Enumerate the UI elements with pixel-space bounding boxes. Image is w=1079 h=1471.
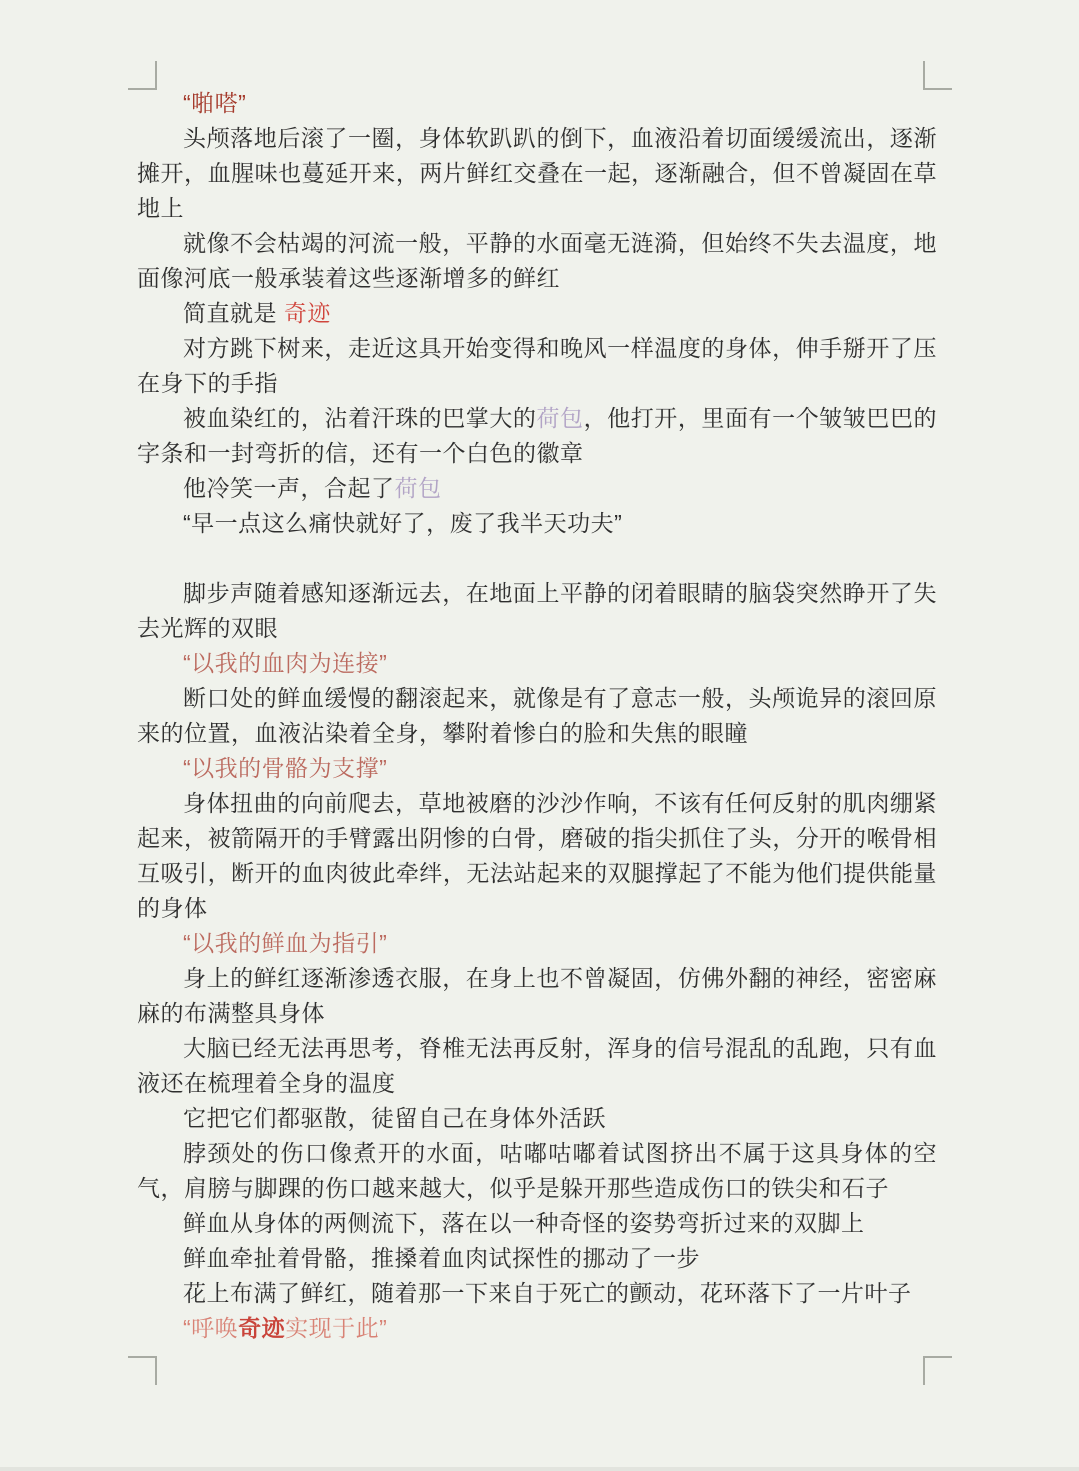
paragraph-text: 头颅落地后滚了一圈，身体软趴趴的倒下，血液沿着切面缓缓流出，逐渐摊开，血腥味也蔓… — [137, 125, 937, 221]
paragraph-text: 简直就是 — [183, 300, 284, 326]
sound-effect-text: “啪嗒” — [183, 90, 246, 116]
paragraph: 花上布满了鲜红，随着那一下来自于死亡的颤动，花环落下了一片叶子 — [137, 1276, 937, 1311]
paragraph-text: 花上布满了鲜红，随着那一下来自于死亡的颤动，花环落下了一片叶子 — [183, 1280, 912, 1306]
paragraph: 脖颈处的伤口像煮开的水面，咕嘟咕嘟着试图挤出不属于这具身体的空气，肩膀与脚踝的伤… — [137, 1136, 937, 1206]
paragraph: 对方跳下树来，走近这具开始变得和晚风一样温度的身体，伸手掰开了压在身下的手指 — [137, 331, 937, 401]
pouch-link[interactable]: 荷包 — [395, 475, 442, 501]
paragraph-text: 鲜血从身体的两侧流下，落在以一种奇怪的姿势弯折过来的双脚上 — [183, 1210, 865, 1236]
miracle-highlight-text: 奇迹 — [284, 300, 331, 326]
paragraph-text: 身上的鲜红逐渐渗透衣服，在身上也不曾凝固，仿佛外翻的神经，密密麻麻的布满整具身体 — [137, 965, 937, 1026]
paragraph: 头颅落地后滚了一圈，身体软趴趴的倒下，血液沿着切面缓缓流出，逐渐摊开，血腥味也蔓… — [137, 121, 937, 226]
blank-line — [137, 541, 937, 576]
paragraph-text: 被血染红的，沾着汗珠的巴掌大的 — [183, 405, 536, 431]
text-boundary-corner-bottom-left — [128, 1356, 157, 1385]
paragraph-text: 鲜血牵扯着骨骼，推搡着血肉试探性的挪动了一步 — [183, 1245, 700, 1271]
final-chant-miracle-text: 奇迹 — [238, 1315, 285, 1341]
sound-effect-line: “啪嗒” — [137, 86, 937, 121]
incantation-text: “以我的鲜血为指引” — [183, 930, 387, 956]
final-chant-text: “呼唤 — [183, 1315, 238, 1341]
paragraph: 身上的鲜红逐渐渗透衣服，在身上也不曾凝固，仿佛外翻的神经，密密麻麻的布满整具身体 — [137, 961, 937, 1031]
incantation-line: “以我的鲜血为指引” — [137, 926, 937, 961]
dialogue-line: “早一点这么痛快就好了，废了我半天功夫” — [137, 506, 937, 541]
paragraph: 被血染红的，沾着汗珠的巴掌大的荷包，他打开，里面有一个皱皱巴巴的字条和一封弯折的… — [137, 401, 937, 471]
paragraph: 断口处的鲜血缓慢的翻滚起来，就像是有了意志一般，头颅诡异的滚回原来的位置，血液沾… — [137, 681, 937, 751]
paragraph: 他冷笑一声，合起了荷包 — [137, 471, 937, 506]
paragraph: 鲜血牵扯着骨骼，推搡着血肉试探性的挪动了一步 — [137, 1241, 937, 1276]
incantation-text: “以我的骨骼为支撑” — [183, 755, 387, 781]
incantation-line: “以我的血肉为连接” — [137, 646, 937, 681]
paragraph: 脚步声随着感知逐渐远去，在地面上平静的闭着眼睛的脑袋突然睁开了失去光辉的双眼 — [137, 576, 937, 646]
miracle-line: 简直就是 奇迹 — [137, 296, 937, 331]
paragraph-text: 它把它们都驱散，徒留自己在身体外活跃 — [183, 1105, 606, 1131]
paragraph: 就像不会枯竭的河流一般，平静的水面毫无涟漪，但始终不失去温度，地面像河底一般承装… — [137, 226, 937, 296]
paragraph: 大脑已经无法再思考，脊椎无法再反射，浑身的信号混乱的乱跑，只有血液还在梳理着全身… — [137, 1031, 937, 1101]
paragraph-text: 对方跳下树来，走近这具开始变得和晚风一样温度的身体，伸手掰开了压在身下的手指 — [137, 335, 937, 396]
paragraph-text: 断口处的鲜血缓慢的翻滚起来，就像是有了意志一般，头颅诡异的滚回原来的位置，血液沾… — [137, 685, 937, 746]
paragraph: 它把它们都驱散，徒留自己在身体外活跃 — [137, 1101, 937, 1136]
paragraph: 鲜血从身体的两侧流下，落在以一种奇怪的姿势弯折过来的双脚上 — [137, 1206, 937, 1241]
pouch-link[interactable]: 荷包 — [536, 405, 583, 431]
paragraph-text: 脚步声随着感知逐渐远去，在地面上平静的闭着眼睛的脑袋突然睁开了失去光辉的双眼 — [137, 580, 937, 641]
paragraph-text: 就像不会枯竭的河流一般，平静的水面毫无涟漪，但始终不失去温度，地面像河底一般承装… — [137, 230, 937, 291]
incantation-line: “以我的骨骼为支撑” — [137, 751, 937, 786]
incantation-text: “以我的血肉为连接” — [183, 650, 387, 676]
paragraph-text: 身体扭曲的向前爬去，草地被磨的沙沙作响，不该有任何反射的肌肉绷紧起来，被箭隔开的… — [137, 790, 937, 921]
final-chant-text: 实现于此” — [285, 1315, 387, 1341]
document-body-text: “啪嗒” 头颅落地后滚了一圈，身体软趴趴的倒下，血液沿着切面缓缓流出，逐渐摊开，… — [137, 86, 937, 1346]
paragraph-text: 他冷笑一声，合起了 — [183, 475, 395, 501]
final-chant-line: “呼唤奇迹实现于此” — [137, 1311, 937, 1346]
document-page: “啪嗒” 头颅落地后滚了一圈，身体软趴趴的倒下，血液沿着切面缓缓流出，逐渐摊开，… — [0, 0, 1079, 1471]
paragraph-text: 脖颈处的伤口像煮开的水面，咕嘟咕嘟着试图挤出不属于这具身体的空气，肩膀与脚踝的伤… — [137, 1140, 937, 1201]
paragraph: 身体扭曲的向前爬去，草地被磨的沙沙作响，不该有任何反射的肌肉绷紧起来，被箭隔开的… — [137, 786, 937, 926]
paragraph-text: “早一点这么痛快就好了，废了我半天功夫” — [183, 510, 622, 536]
text-boundary-corner-bottom-right — [923, 1356, 952, 1385]
paragraph-text: 大脑已经无法再思考，脊椎无法再反射，浑身的信号混乱的乱跑，只有血液还在梳理着全身… — [137, 1035, 937, 1096]
